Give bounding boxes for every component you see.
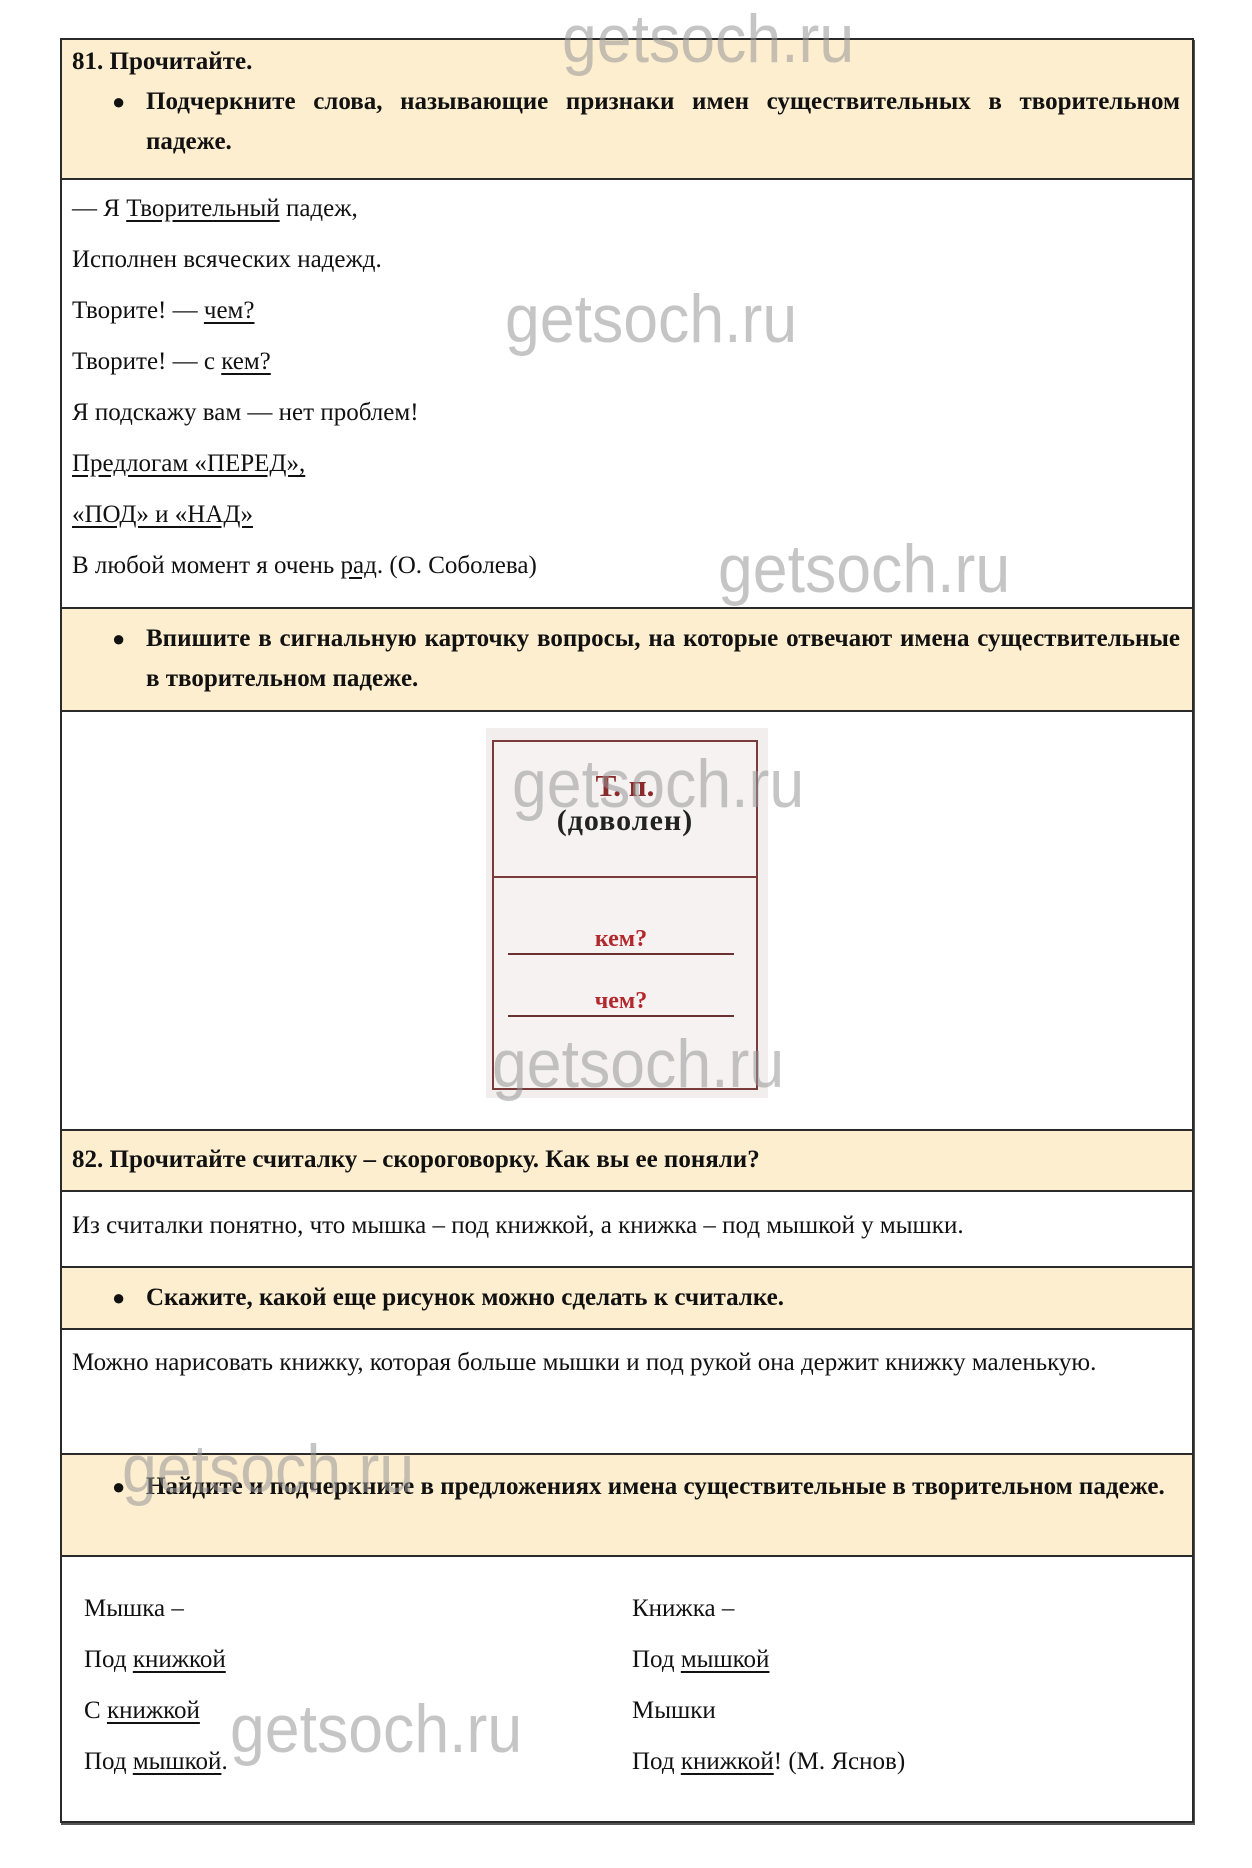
poem-column-right: Книжка –Под мышкойМышкиПод книжкой! (М. … [632,1583,1180,1781]
task-81-title: 81. Прочитайте. [72,42,1180,82]
poem-line: Я подскажу вам — нет проблем! [72,387,1180,438]
task-81-instruction-1: ● Подчеркните слова, называющие признаки… [72,82,1180,162]
poem-line: Под книжкой! (М. Яснов) [632,1736,1180,1787]
task-82-answer-2: Можно нарисовать книжку, которая больше … [62,1330,1192,1455]
poem-line: Под мышкой [632,1634,1180,1685]
task-82-instruction-2: ● Скажите, какой еще рисунок можно сдела… [72,1278,1180,1318]
bullet-icon: ● [112,1467,146,1507]
poem-line: Предлогам «ПЕРЕД», [72,438,1180,489]
poem-line: Мышка – [84,1583,632,1634]
poem-line: «ПОД» и «НАД» [72,489,1180,540]
task-82-poem: Мышка –Под книжкойС книжкойПод мышкой. К… [62,1557,1192,1821]
bullet-icon: ● [112,1278,146,1318]
task-82-answer-1: Из считалки понятно, что мышка – под кни… [62,1192,1192,1268]
task-82-instruction-3: ● Найдите и подчеркните в предложениях и… [72,1467,1180,1507]
poem-line: Творите! — чем? [72,285,1180,336]
task-81-header: 81. Прочитайте. ● Подчеркните слова, наз… [62,40,1192,180]
card-example: (доволен) [494,804,756,838]
task-82-instruction-2-row: ● Скажите, какой еще рисунок можно сдела… [62,1268,1192,1330]
poem-line: Творите! — с кем? [72,336,1180,387]
signal-card-row: Т. п. (доволен) кем? чем? [62,712,1192,1131]
signal-card: Т. п. (доволен) кем? чем? [486,728,768,1098]
task-82-instruction-3-row: ● Найдите и подчеркните в предложениях и… [62,1455,1192,1557]
poem-line: Книжка – [632,1583,1180,1634]
poem-line: — Я Творительный падеж, [72,183,1180,234]
card-question-1: кем? [508,926,734,955]
poem-lines: — Я Творительный падеж,Исполнен всячески… [72,183,1180,591]
bullet-icon: ● [112,619,146,699]
answer-sheet: 81. Прочитайте. ● Подчеркните слова, наз… [60,38,1194,1823]
poem-line: Исполнен всяческих надежд. [72,234,1180,285]
task-81-instruction-2: ● Впишите в сигнальную карточку вопросы,… [72,619,1180,699]
poem-line: Под книжкой [84,1634,632,1685]
poem-line: В любой момент я очень рад. (О. Соболева… [72,540,1180,591]
task-82-header: 82. Прочитайте считалку – скороговорку. … [62,1131,1192,1192]
poem-line: С книжкой [84,1685,632,1736]
card-case-label: Т. п. [494,742,756,804]
card-question-2: чем? [508,988,734,1017]
poem-column-left: Мышка –Под книжкойС книжкойПод мышкой. [84,1583,632,1781]
poem-line: Мышки [632,1685,1180,1736]
bullet-icon: ● [112,82,146,162]
task-81-instruction-2-row: ● Впишите в сигнальную карточку вопросы,… [62,609,1192,712]
task-81-poem: — Я Творительный падеж,Исполнен всячески… [62,180,1192,609]
task-82-title: 82. Прочитайте считалку – скороговорку. … [72,1140,1180,1180]
poem-line: Под мышкой. [84,1736,632,1787]
